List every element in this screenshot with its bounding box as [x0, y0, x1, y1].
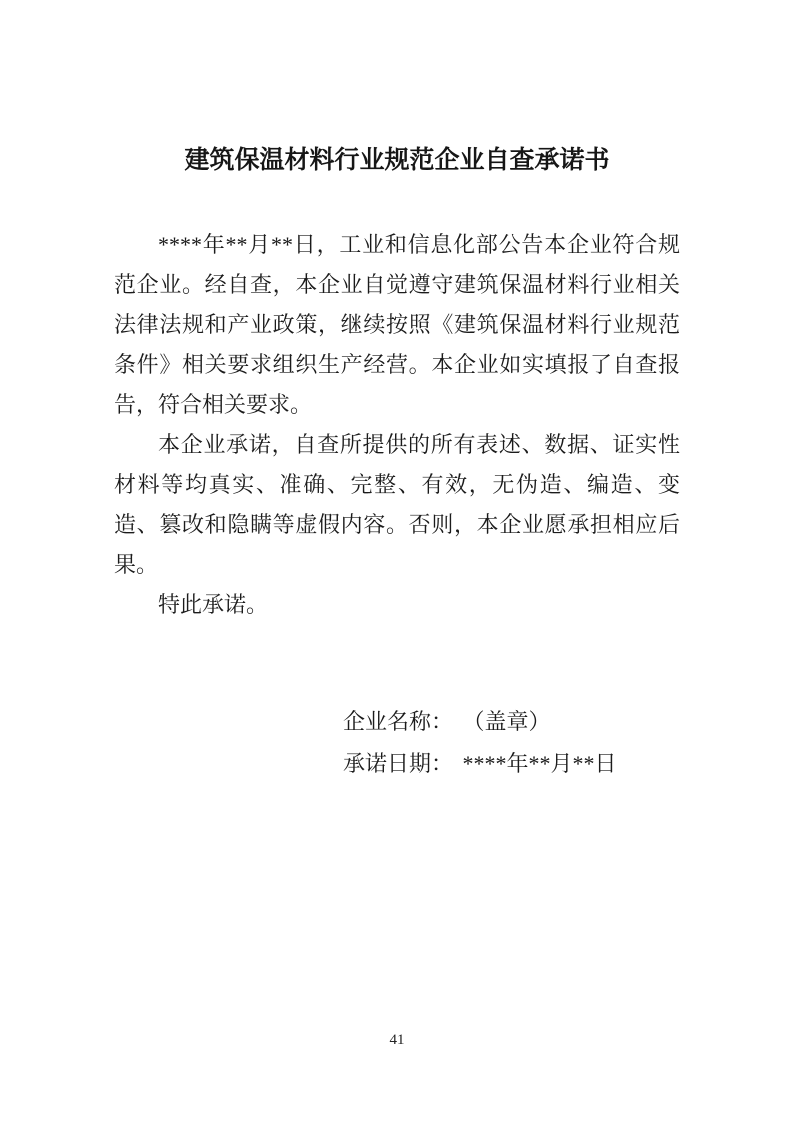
- company-name-value: （盖章）: [463, 709, 551, 734]
- commitment-date-value: ****年**月**日: [463, 751, 617, 776]
- document-page: 建筑保温材料行业规范企业自查承诺书 ****年**月**日，工业和信息化部公告本…: [0, 0, 794, 1123]
- commitment-date-line: 承诺日期： ****年**月**日: [343, 743, 794, 785]
- document-body: ****年**月**日，工业和信息化部公告本企业符合规范企业。经自查，本企业自觉…: [0, 225, 794, 625]
- paragraph-closing: 特此承诺。: [114, 585, 680, 625]
- company-name-label: 企业名称：: [343, 709, 453, 734]
- commitment-date-label: 承诺日期：: [343, 751, 453, 776]
- document-title: 建筑保温材料行业规范企业自查承诺书: [0, 0, 794, 177]
- company-name-line: 企业名称： （盖章）: [343, 701, 794, 743]
- page-number: 41: [0, 1030, 794, 1050]
- paragraph-intro: ****年**月**日，工业和信息化部公告本企业符合规范企业。经自查，本企业自觉…: [114, 225, 680, 425]
- signature-block: 企业名称： （盖章） 承诺日期： ****年**月**日: [0, 701, 794, 785]
- paragraph-commitment: 本企业承诺，自查所提供的所有表述、数据、证实性材料等均真实、准确、完整、有效，无…: [114, 425, 680, 585]
